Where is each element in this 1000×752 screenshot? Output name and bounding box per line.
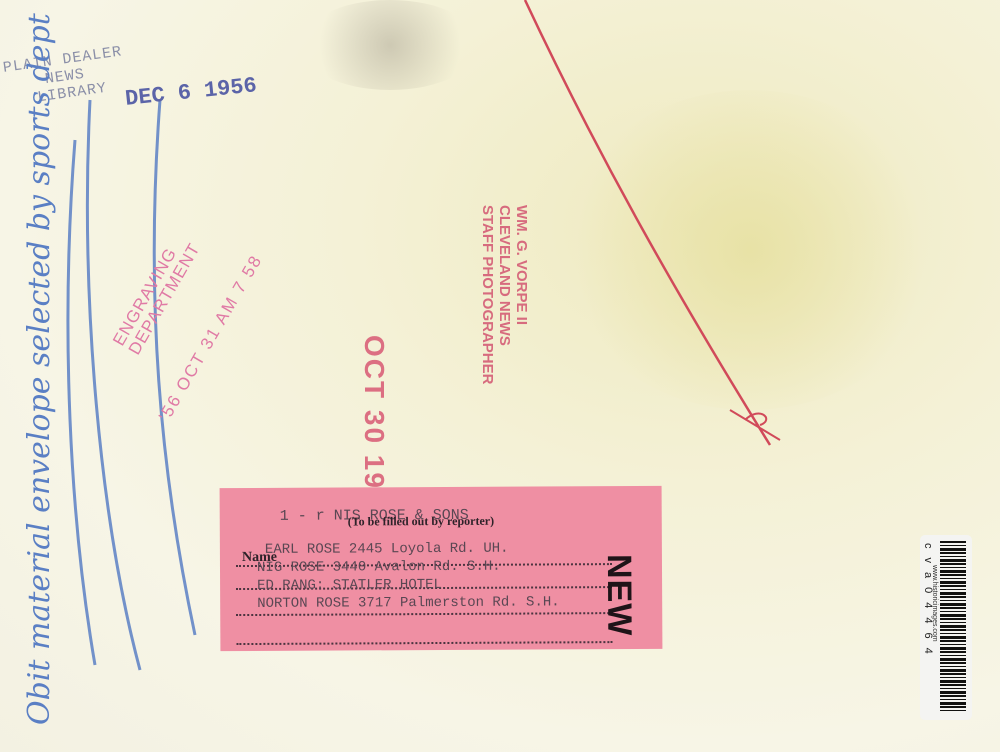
photographer-stamp-line: CLEVELAND NEWS bbox=[496, 205, 513, 384]
photographer-stamp-line: STAFF PHOTOGRAPHER bbox=[479, 205, 496, 384]
slip-entry: NORTON ROSE 3717 Palmerston Rd. S.H. bbox=[257, 594, 560, 612]
slip-heading-printed: (To be filled out by reporter) bbox=[348, 514, 494, 530]
barcode-bars bbox=[940, 541, 966, 713]
slip-dotted-line bbox=[236, 641, 612, 645]
handwritten-note: Obit material envelope selected by sport… bbox=[22, 13, 57, 725]
barcode-site: www.historicimages.com bbox=[931, 565, 938, 642]
slip-entry: NIG ROSE 3440 Avalon Rd. S.H. bbox=[257, 559, 501, 576]
slip-dotted-line bbox=[236, 612, 612, 616]
barcode-label: cva04464 www.historicimages.com bbox=[920, 535, 972, 720]
new-stamp: NEW bbox=[599, 554, 638, 562]
reporter-slip: 1 - r NIS ROSE & SONS (To be filled out … bbox=[220, 486, 663, 651]
photographer-stamp: WM. G. VORPE II CLEVELAND NEWS STAFF PHO… bbox=[479, 205, 530, 384]
slip-entry: EARL ROSE 2445 Loyola Rd. UH. bbox=[265, 541, 509, 558]
slip-entry: ED RANG: STATLER HOTEL bbox=[257, 577, 442, 594]
photographer-stamp-line: WM. G. VORPE II bbox=[513, 205, 530, 384]
